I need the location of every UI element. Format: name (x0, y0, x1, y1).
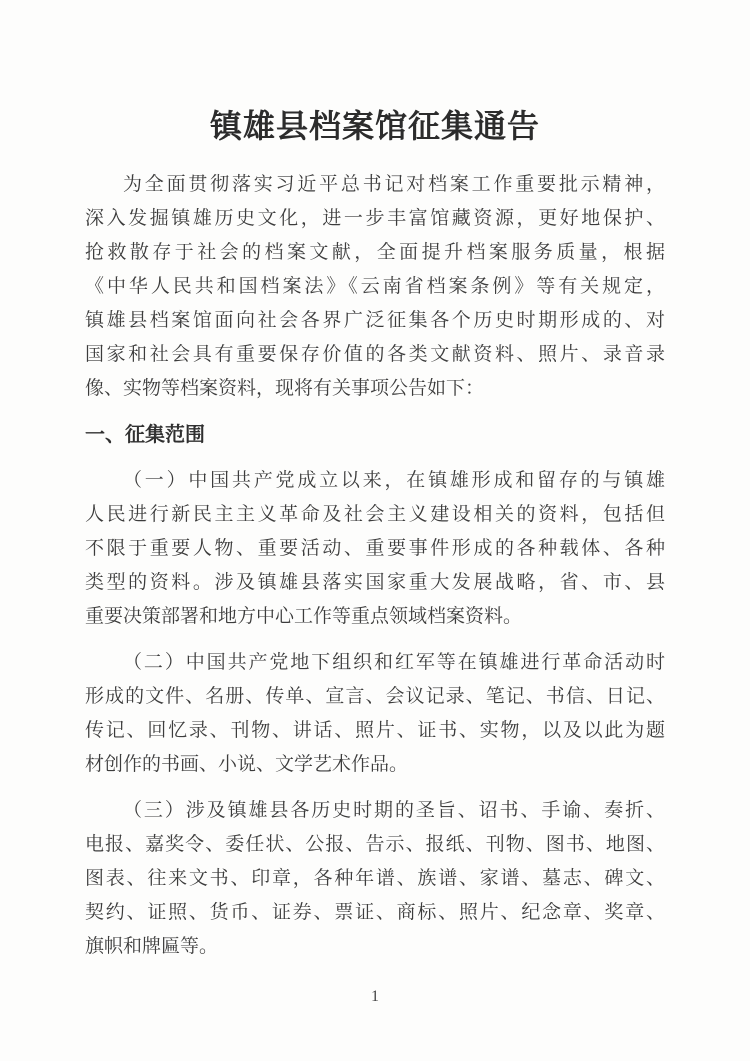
text-line: 旗帜和牌匾等。 (85, 930, 665, 964)
text-line: 类型的资料。涉及镇雄县落实国家重大发展战略，省、市、县 (85, 566, 665, 600)
section-heading: 一、征集范围 (85, 418, 665, 452)
text-line: （三）涉及镇雄县各历史时期的圣旨、诏书、手谕、奏折、 (85, 794, 665, 828)
text-line: 不限于重要人物、重要活动、重要事件形成的各种载体、各种 (85, 532, 665, 566)
text-line: 像、实物等档案资料，现将有关事项公告如下： (85, 372, 665, 406)
text-line: 为全面贯彻落实习近平总书记对档案工作重要批示精神， (85, 168, 665, 202)
text-line: 电报、嘉奖令、委任状、公报、告示、报纸、刊物、图书、地图、 (85, 828, 665, 862)
text-line: 传记、回忆录、刊物、讲话、照片、证书、实物，以及以此为题 (85, 714, 665, 748)
document-title: 镇雄县档案馆征集通告 (0, 101, 750, 147)
text-line: 材创作的书画、小说、文学艺术作品。 (85, 748, 665, 782)
text-line: 一、征集范围 (85, 418, 665, 452)
document-body: 为全面贯彻落实习近平总书记对档案工作重要批示精神，深入发掘镇雄历史文化，进一步丰… (85, 168, 665, 964)
text-line: 镇雄县档案馆面向社会各界广泛征集各个历史时期形成的、对 (85, 304, 665, 338)
paragraph: （一）中国共产党成立以来，在镇雄形成和留存的与镇雄人民进行新民主主义革命及社会主… (85, 464, 665, 634)
paragraph: （三）涉及镇雄县各历史时期的圣旨、诏书、手谕、奏折、电报、嘉奖令、委任状、公报、… (85, 794, 665, 964)
text-line: 人民进行新民主主义革命及社会主义建设相关的资料，包括但 (85, 498, 665, 532)
text-line: 形成的文件、名册、传单、宣言、会议记录、笔记、书信、日记、 (85, 680, 665, 714)
text-line: 契约、证照、货币、证券、票证、商标、照片、纪念章、奖章、 (85, 896, 665, 930)
document-page: 镇雄县档案馆征集通告 为全面贯彻落实习近平总书记对档案工作重要批示精神，深入发掘… (0, 0, 750, 1061)
text-line: 深入发掘镇雄历史文化，进一步丰富馆藏资源，更好地保护、 (85, 202, 665, 236)
paragraph: 为全面贯彻落实习近平总书记对档案工作重要批示精神，深入发掘镇雄历史文化，进一步丰… (85, 168, 665, 406)
text-line: （一）中国共产党成立以来，在镇雄形成和留存的与镇雄 (85, 464, 665, 498)
text-line: （二）中国共产党地下组织和红军等在镇雄进行革命活动时 (85, 646, 665, 680)
text-line: 重要决策部署和地方中心工作等重点领域档案资料。 (85, 600, 665, 634)
text-line: 《中华人民共和国档案法》《云南省档案条例》等有关规定， (85, 270, 665, 304)
text-line: 国家和社会具有重要保存价值的各类文献资料、照片、录音录 (85, 338, 665, 372)
paragraph: （二）中国共产党地下组织和红军等在镇雄进行革命活动时形成的文件、名册、传单、宣言… (85, 646, 665, 782)
page-number: 1 (0, 988, 750, 1006)
text-line: 图表、往来文书、印章，各种年谱、族谱、家谱、墓志、碑文、 (85, 862, 665, 896)
text-line: 抢救散存于社会的档案文献，全面提升档案服务质量，根据 (85, 236, 665, 270)
